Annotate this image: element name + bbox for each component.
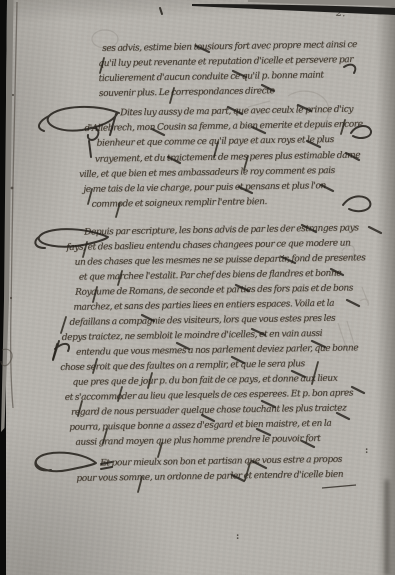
- paragraph-1: ses advis, estime bien tousiours fort av…: [98, 38, 358, 102]
- margin-ink-mark: :: [365, 446, 368, 456]
- margin-ink-mark: :: [236, 532, 239, 542]
- paragraph-3: Depuis par escripture, les bons advis de…: [58, 221, 368, 451]
- page-right-edge-streak: [385, 480, 389, 575]
- paragraph-4: Et pour mieulx son bon et partisan que v…: [70, 453, 343, 488]
- page-number: 2.: [336, 8, 346, 20]
- paragraph-2: Dites luy aussy de ma part, que avec ceu…: [76, 103, 364, 214]
- photo-backdrop: 2. ses advis, estime bien tousiours fort…: [0, 0, 395, 575]
